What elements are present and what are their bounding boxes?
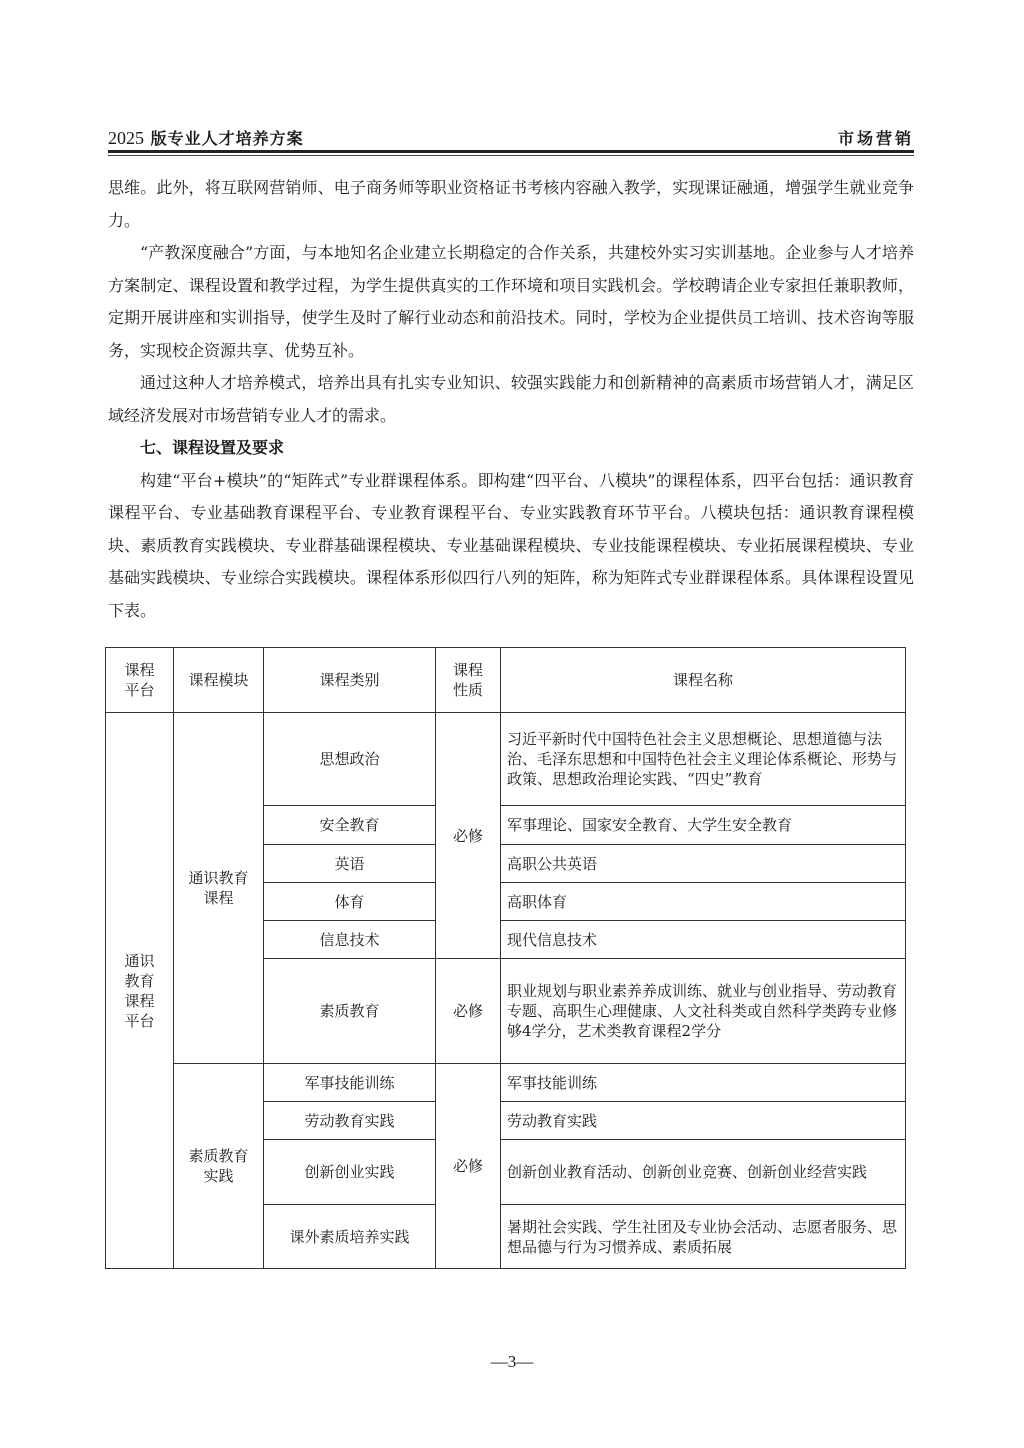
page-header: 2025 版专业人才培养方案 市场营销	[108, 124, 914, 150]
category-cell: 思想政治	[264, 713, 436, 806]
header-document-title: 2025 版专业人才培养方案	[108, 126, 304, 149]
table-row: 通识教育课程平台 通识教育课程 思想政治 必修 习近平新时代中国特色社会主义思想…	[106, 713, 906, 806]
header-rule-thick	[108, 150, 914, 153]
table-row: 素质教育实践 军事技能训练 必修 军事技能训练	[106, 1064, 906, 1102]
course-names-cell: 职业规划与职业素养养成训练、就业与创业指导、劳动教育专题、高职生心理健康、人文社…	[501, 959, 906, 1064]
body-text: 思维。此外，将互联网营销师、电子商务师等职业资格证书考核内容融入教学，实现课证融…	[108, 172, 914, 627]
category-cell: 安全教育	[264, 806, 436, 845]
nature-cell: 必修	[436, 1064, 501, 1269]
header-title-text: 版专业人才培养方案	[151, 129, 304, 148]
module-cell: 素质教育实践	[174, 1064, 264, 1269]
course-names-cell: 创新创业教育活动、创新创业竞赛、创新创业经营实践	[501, 1140, 906, 1205]
course-names-cell: 暑期社会实践、学生社团及专业协会活动、志愿者服务、思想品德与行为习惯养成、素质拓…	[501, 1205, 906, 1269]
header-course-name: 课程名称	[501, 648, 906, 713]
category-cell: 创新创业实践	[264, 1140, 436, 1205]
category-cell: 英语	[264, 845, 436, 883]
section-heading: 七、课程设置及要求	[108, 432, 914, 465]
header-year: 2025	[108, 128, 144, 148]
paragraph: 思维。此外，将互联网营销师、电子商务师等职业资格证书考核内容融入教学，实现课证融…	[108, 172, 914, 237]
course-names-cell: 劳动教育实践	[501, 1102, 906, 1140]
page-number: —3—	[0, 1352, 1024, 1372]
header-category: 课程类别	[264, 648, 436, 713]
course-names-cell: 高职体育	[501, 883, 906, 921]
category-cell: 课外素质培养实践	[264, 1205, 436, 1269]
platform-cell: 通识教育课程平台	[106, 713, 174, 1269]
platform-label: 通识教育课程平台	[123, 951, 157, 1031]
course-names-cell: 军事理论、国家安全教育、大学生安全教育	[501, 806, 906, 845]
header-label: 课程性质	[451, 660, 485, 700]
header-major-name: 市场营销	[838, 126, 914, 149]
header-nature: 课程性质	[436, 648, 501, 713]
module-label: 素质教育实践	[186, 1146, 252, 1186]
paragraph: “产教深度融合”方面，与本地知名企业建立长期稳定的合作关系，共建校外实习实训基地…	[108, 237, 914, 367]
category-cell: 劳动教育实践	[264, 1102, 436, 1140]
category-cell: 信息技术	[264, 921, 436, 959]
nature-cell: 必修	[436, 959, 501, 1064]
category-cell: 体育	[264, 883, 436, 921]
header-platform: 课程平台	[106, 648, 174, 713]
category-cell: 素质教育	[264, 959, 436, 1064]
course-names-cell: 习近平新时代中国特色社会主义思想概论、思想道德与法治、毛泽东思想和中国特色社会主…	[501, 713, 906, 806]
course-names-cell: 现代信息技术	[501, 921, 906, 959]
header-rule-thin	[108, 155, 914, 156]
module-cell: 通识教育课程	[174, 713, 264, 1064]
header-label: 课程平台	[123, 660, 157, 700]
paragraph: 构建“平台+模块”的“矩阵式”专业群课程体系。即构建“四平台、八模块”的课程体系…	[108, 465, 914, 628]
category-cell: 军事技能训练	[264, 1064, 436, 1102]
course-table: 课程平台 课程模块 课程类别 课程性质 课程名称 通识教育课程平台 通识教育课程…	[105, 647, 906, 1269]
module-label: 通识教育课程	[186, 868, 252, 908]
paragraph: 通过这种人才培养模式，培养出具有扎实专业知识、较强实践能力和创新精神的高素质市场…	[108, 367, 914, 432]
nature-cell: 必修	[436, 713, 501, 959]
table-header-row: 课程平台 课程模块 课程类别 课程性质 课程名称	[106, 648, 906, 713]
course-names-cell: 军事技能训练	[501, 1064, 906, 1102]
header-module: 课程模块	[174, 648, 264, 713]
course-names-cell: 高职公共英语	[501, 845, 906, 883]
